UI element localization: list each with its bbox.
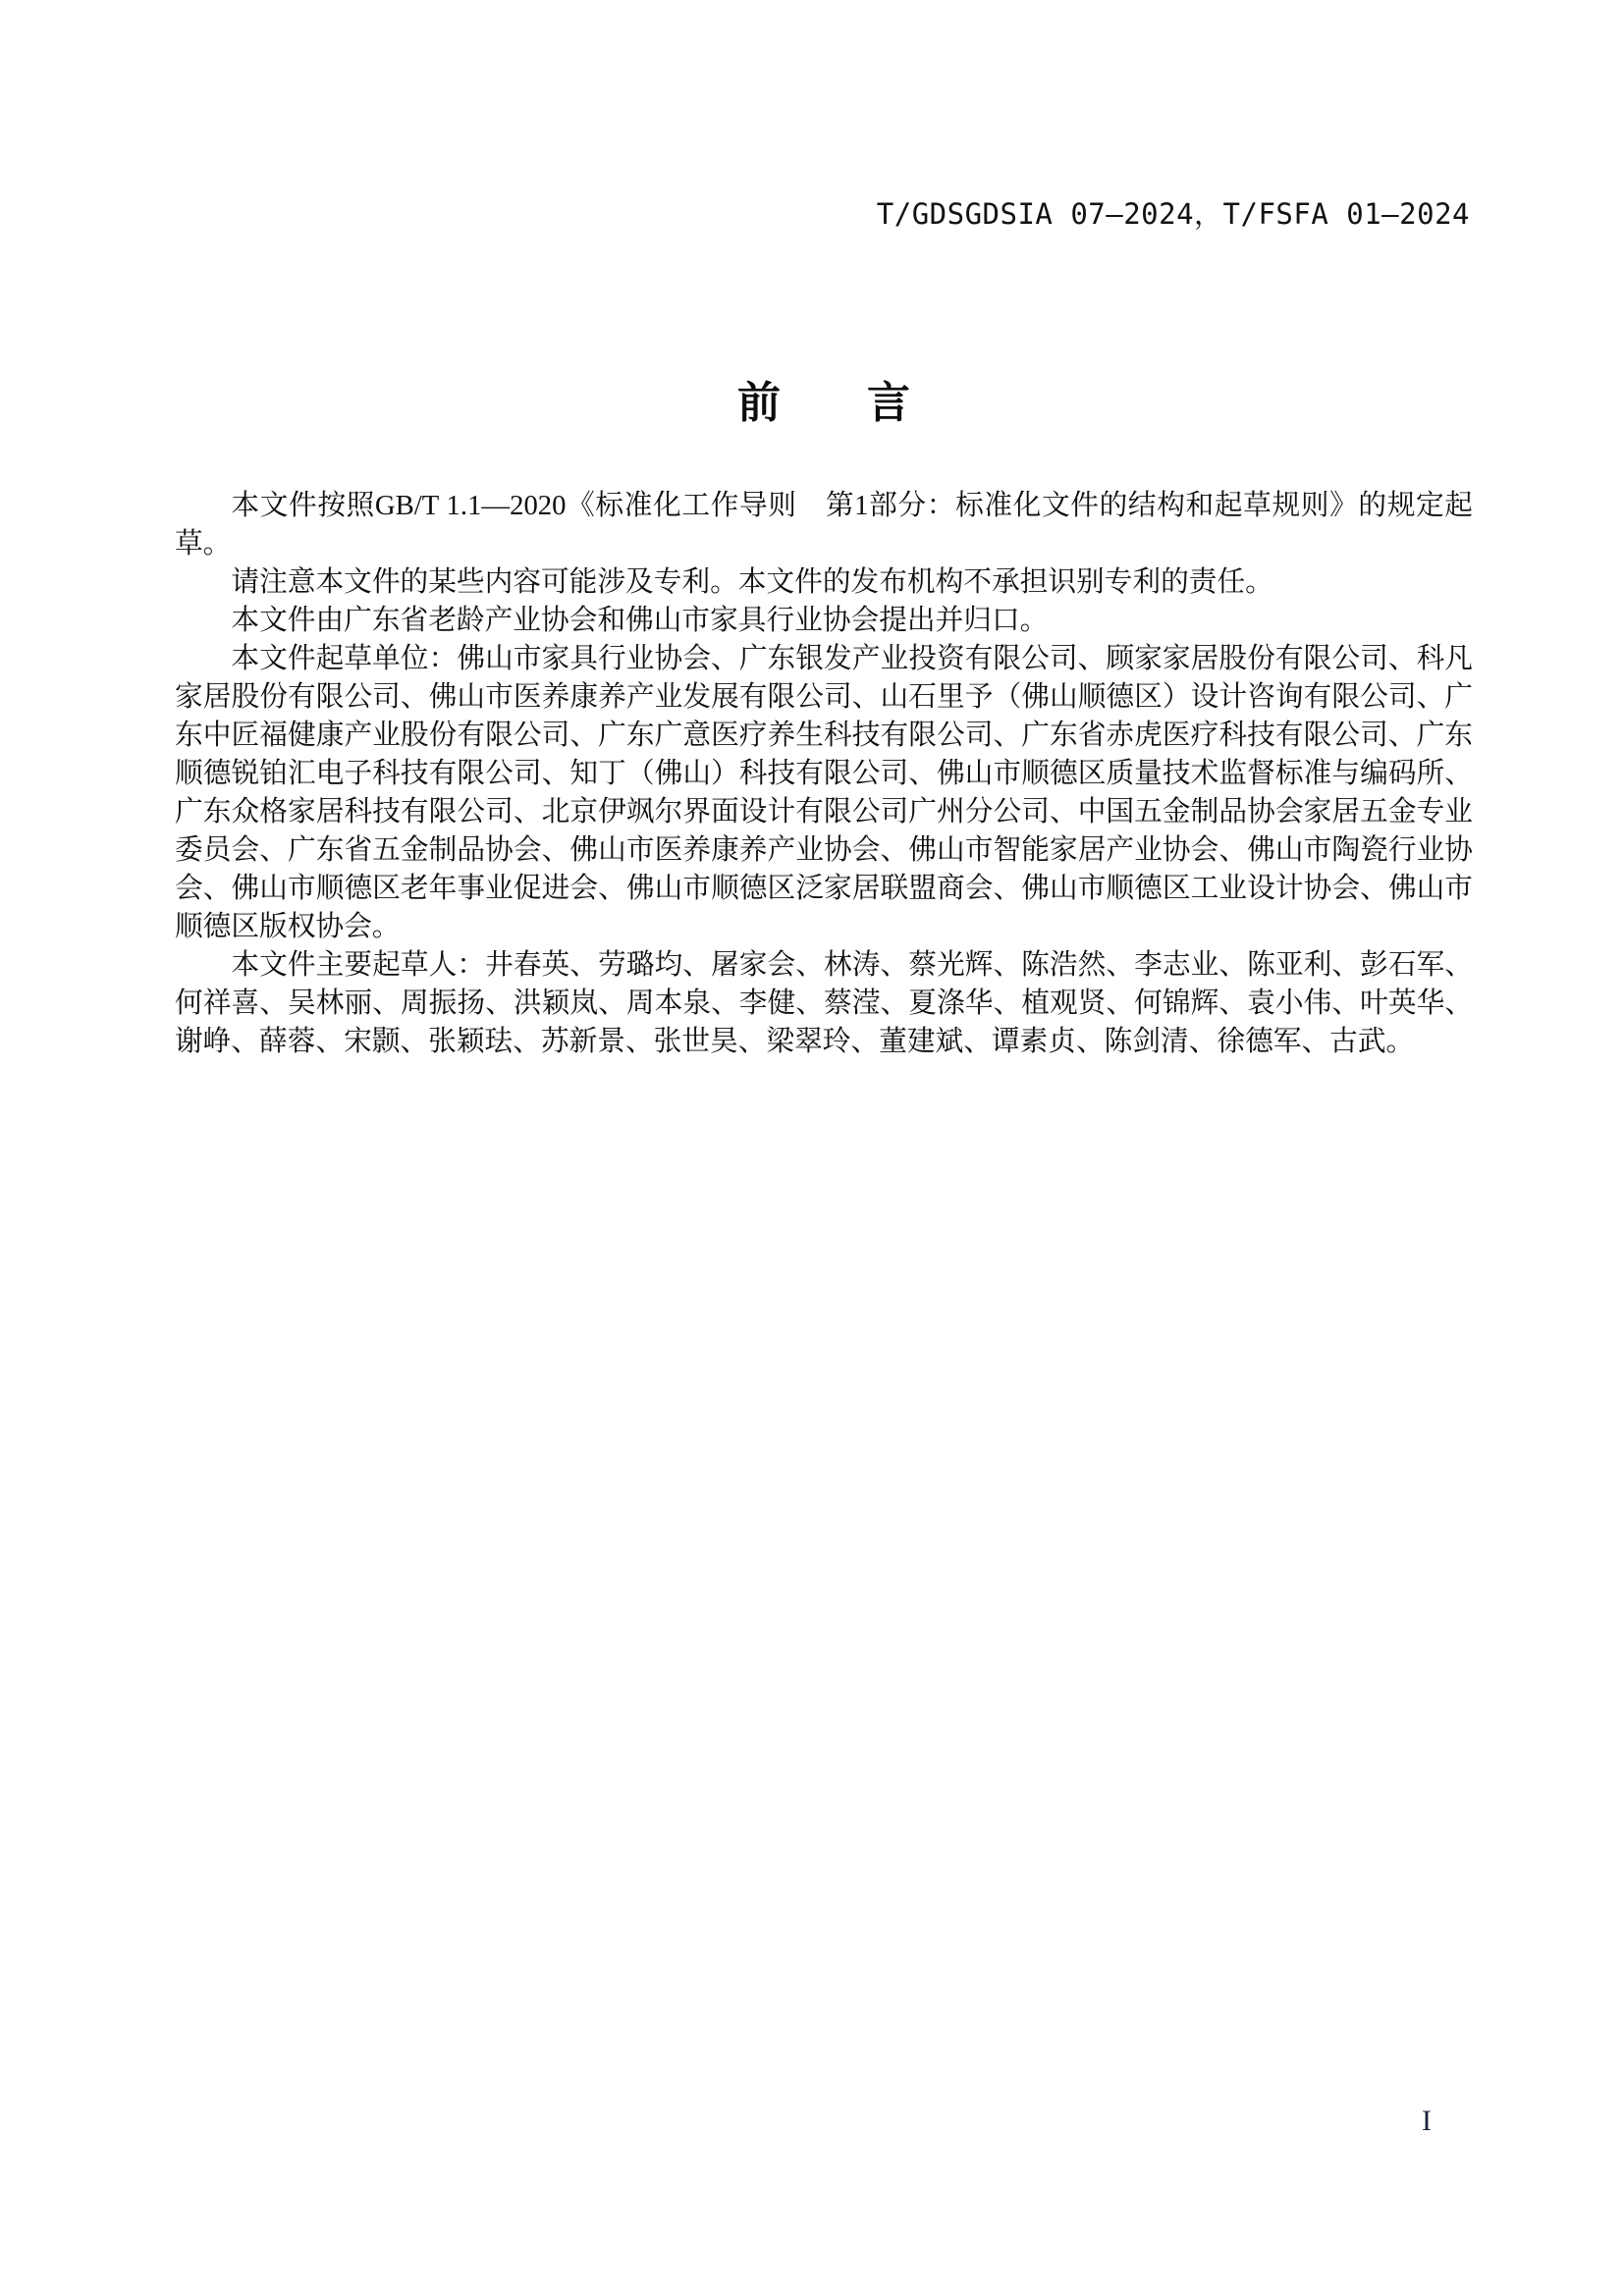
standard-number-header: T/GDSGDSIA 07—2024，T/FSFA 01—2024 — [877, 192, 1470, 233]
page-number: I — [1422, 2105, 1432, 2138]
page-title: 前 言 — [175, 377, 1473, 430]
paragraph-proposing-body: 本文件由广东省老龄产业协会和佛山市家具行业协会提出并归口。 — [175, 602, 1473, 640]
paragraph-main-drafters: 本文件主要起草人：井春英、劳璐均、屠家会、林涛、蔡光辉、陈浩然、李志业、陈亚利、… — [175, 946, 1473, 1061]
paragraph-drafting-basis: 本文件按照GB/T 1.1—2020《标准化工作导则 第1部分：标准化文件的结构… — [175, 487, 1473, 563]
paragraph-patent-notice: 请注意本文件的某些内容可能涉及专利。本文件的发布机构不承担识别专利的责任。 — [175, 563, 1473, 602]
foreword-body: 本文件按照GB/T 1.1—2020《标准化工作导则 第1部分：标准化文件的结构… — [175, 487, 1473, 1061]
paragraph-drafting-organizations: 本文件起草单位：佛山市家具行业协会、广东银发产业投资有限公司、顾家家居股份有限公… — [175, 640, 1473, 946]
document-page: T/GDSGDSIA 07—2024，T/FSFA 01—2024 前 言 本文… — [0, 0, 1624, 2296]
